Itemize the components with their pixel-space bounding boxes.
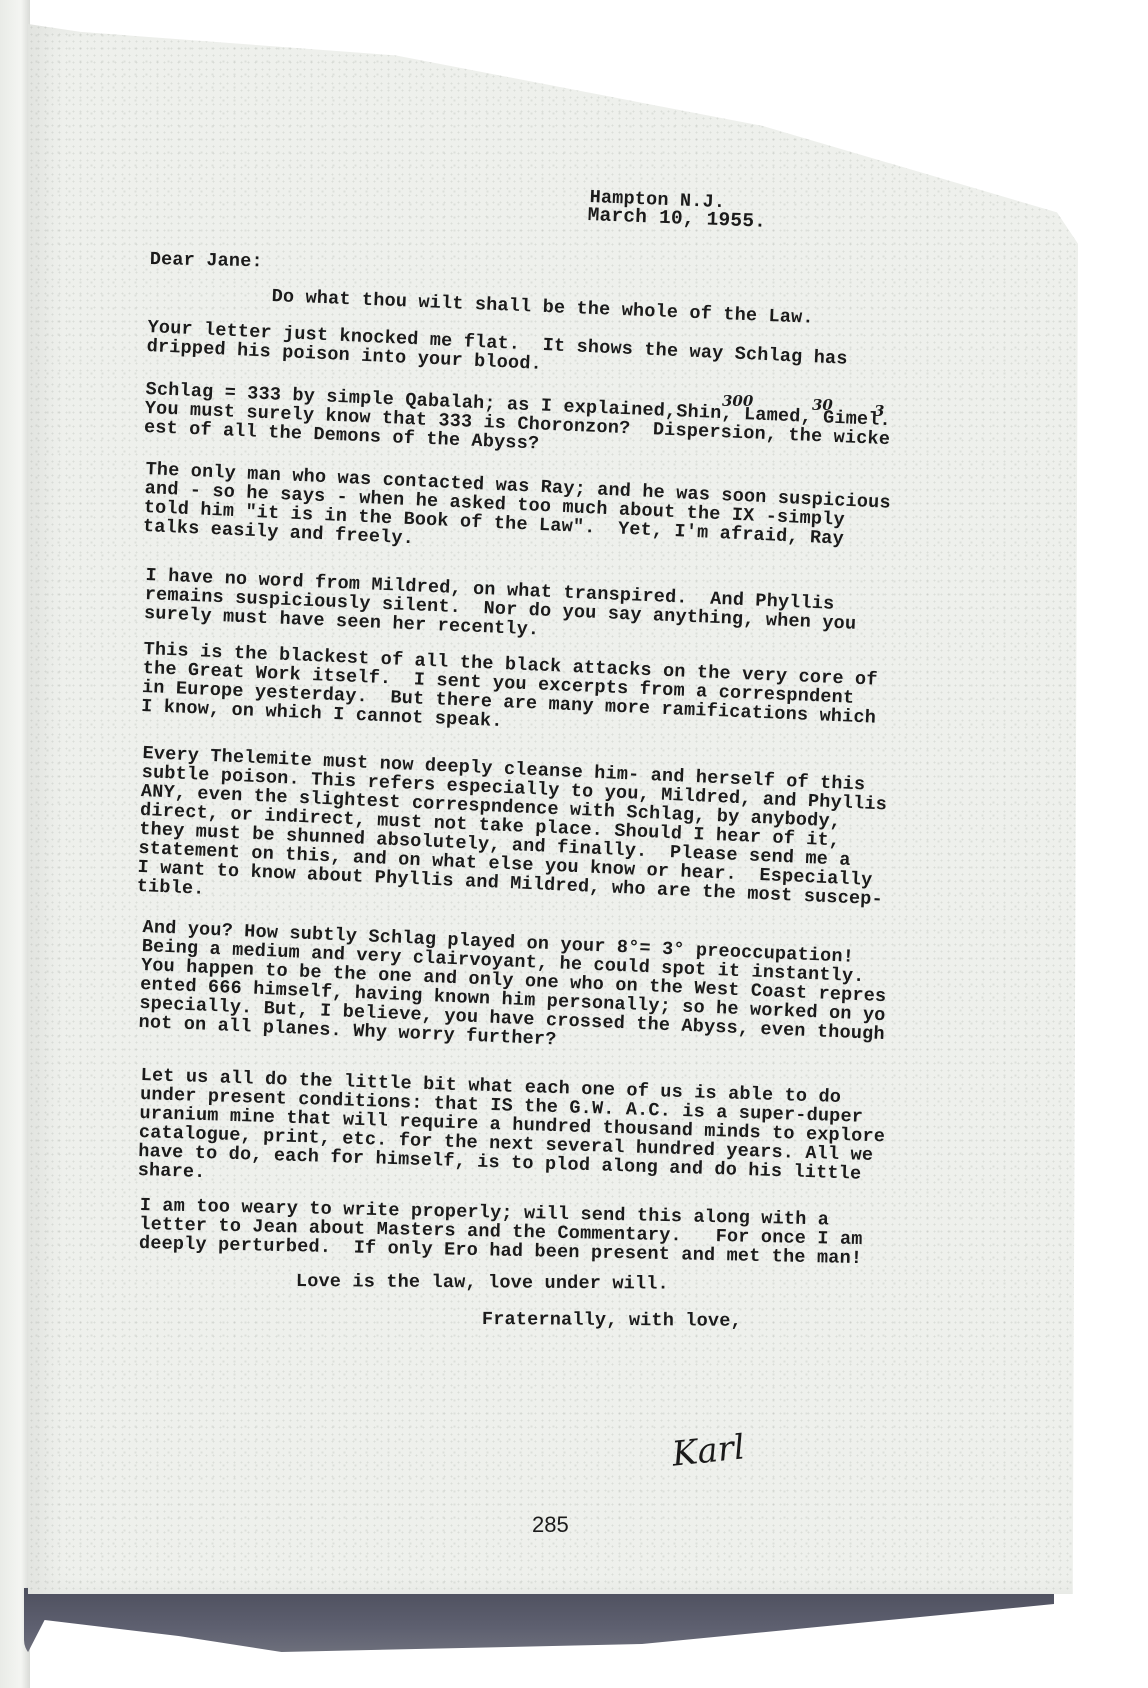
typed-letter: Hampton N.J. March 10, 1955. Dear Jane: …	[0, 0, 1148, 1688]
salutation: Dear Jane:	[150, 250, 263, 271]
letter-paragraph: I am too weary to write properly; will s…	[139, 1196, 863, 1268]
gematria-gimel: 3	[874, 402, 884, 420]
valediction: Fraternally, with love,	[482, 1310, 742, 1331]
letter-paragraph: Let us all do the little bit what each o…	[137, 1066, 886, 1203]
gematria-shin: 300	[722, 392, 753, 410]
letter-paragraph: This is the blackest of all the black at…	[141, 640, 878, 747]
letter-paragraph: And you? How subtly Schlag played on you…	[138, 918, 888, 1063]
letter-paragraph: Schlag = 333 by simple Qabalah; as I exp…	[144, 380, 892, 468]
letter-date: March 10, 1955.	[587, 206, 766, 232]
opening-formula: Do what thou wilt shall be the whole of …	[271, 287, 814, 328]
handwritten-signature: Karl	[670, 1427, 747, 1474]
letter-paragraph: The only man who was contacted was Ray; …	[143, 460, 892, 570]
letter-paragraph: Every Thelemite must now deeply cleanse …	[136, 744, 888, 928]
closing-formula: Love is the law, love under will.	[296, 1272, 669, 1294]
letter-paragraph: I have no word from Mildred, on what tra…	[144, 566, 858, 653]
page-number: 285	[532, 1512, 569, 1538]
letter-paragraph: Your letter just knocked me flat. It sho…	[146, 318, 848, 388]
gematria-lamed: 30	[812, 396, 833, 414]
